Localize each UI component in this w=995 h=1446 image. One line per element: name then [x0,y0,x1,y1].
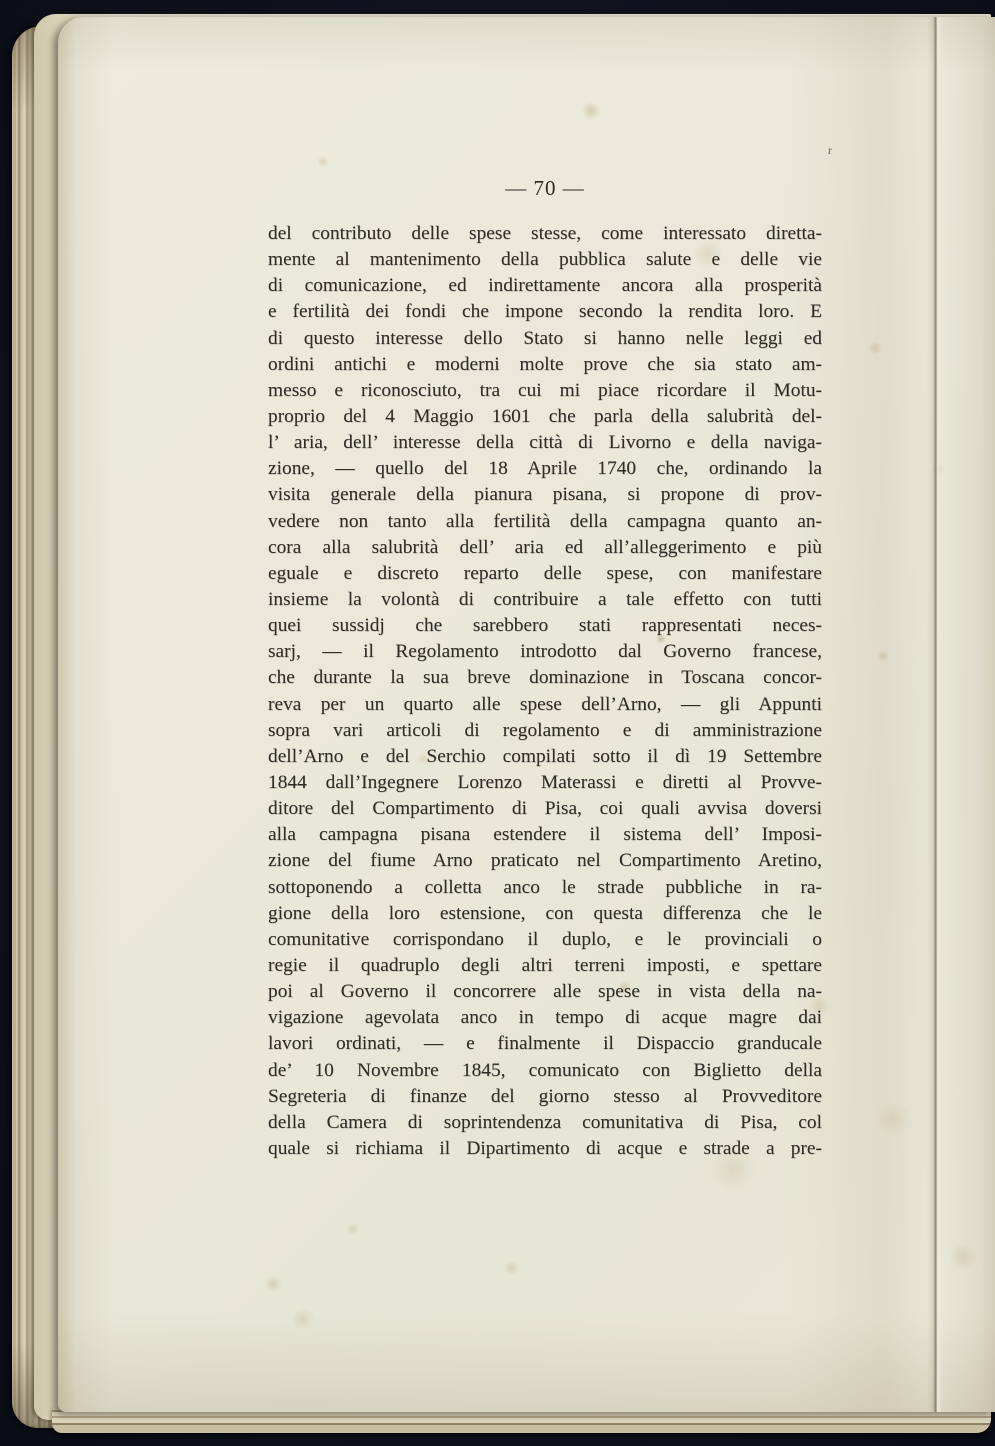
text-line: poi al Governo il concorrere alle spese … [268,979,822,1005]
body-text: del contributo delle spese stesse, come … [268,221,822,1162]
text-line: Segreteria di finanze del giorno stesso … [268,1084,822,1110]
text-line: vedere non tanto alla fertilità della ca… [268,509,822,535]
text-line: reva per un quarto alle spese dell’Arno,… [268,692,822,718]
text-line: sottoponendo a colletta anco le strade p… [268,875,822,901]
text-line: sarj, — il Regolamento introdotto dal Go… [268,639,822,665]
text-line: zione del fiume Arno praticato nel Compa… [268,848,822,874]
text-line: quale si richiama il Dipartimento di acq… [268,1136,822,1162]
text-line: di questo interesse dello Stato si hanno… [268,326,822,352]
text-line: ditore del Compartimento di Pisa, coi qu… [268,796,822,822]
text-line: comunitative corrispondano il duplo, e l… [268,927,822,953]
text-line: alla campagna pisana estendere il sistem… [268,822,822,848]
text-line: 1844 dall’Ingegnere Lorenzo Materassi e … [268,770,822,796]
text-line: sopra vari articoli di regolamento e di … [268,718,822,744]
text-line: mente al mantenimento della pubblica sal… [268,247,822,273]
text-line: lavori ordinati, — e finalmente il Dispa… [268,1031,822,1057]
text-line: di comunicazione, ed indirettamente anco… [268,273,822,299]
text-line: che durante la sua breve dominazione in … [268,665,822,691]
text-line: zione, — quello del 18 Aprile 1740 che, … [268,456,822,482]
text-line: gione della loro estensione, con questa … [268,901,822,927]
book-scan: r — 70 — del contributo delle spese stes… [0,0,995,1446]
text-line: regie il quadruplo degli altri terreni i… [268,953,822,979]
text-line: insieme la volontà di contribuire a tale… [268,587,822,613]
text-line: vigazione agevolata anco in tempo di acq… [268,1005,822,1031]
text-line: e fertilità dei fondi che impone secondo… [268,299,822,325]
text-line: eguale e discreto reparto delle spese, c… [268,561,822,587]
text-line: della Camera di soprintendenza comunitat… [268,1110,822,1136]
text-line: ordini antichi e moderni molte prove che… [268,352,822,378]
text-line: l’ aria, dell’ interesse della città di … [268,430,822,456]
text-line: de’ 10 Novembre 1845, comunicato con Big… [268,1058,822,1084]
text-line: dell’Arno e del Serchio compilati sotto … [268,744,822,770]
text-line: proprio del 4 Maggio 1601 che parla dell… [268,404,822,430]
text-line: quei sussidj che sarebbero stati rappres… [268,613,822,639]
text-line: del contributo delle spese stesse, come … [268,221,822,247]
text-line: visita generale della pianura pisana, si… [268,482,822,508]
page-gutter [927,17,943,1412]
page-number: — 70 — [268,176,822,201]
text-line: cora alla salubrità dell’ aria ed all’al… [268,535,822,561]
gutter-shade [943,17,995,1412]
text-line: messo e riconosciuto, tra cui mi piace r… [268,378,822,404]
